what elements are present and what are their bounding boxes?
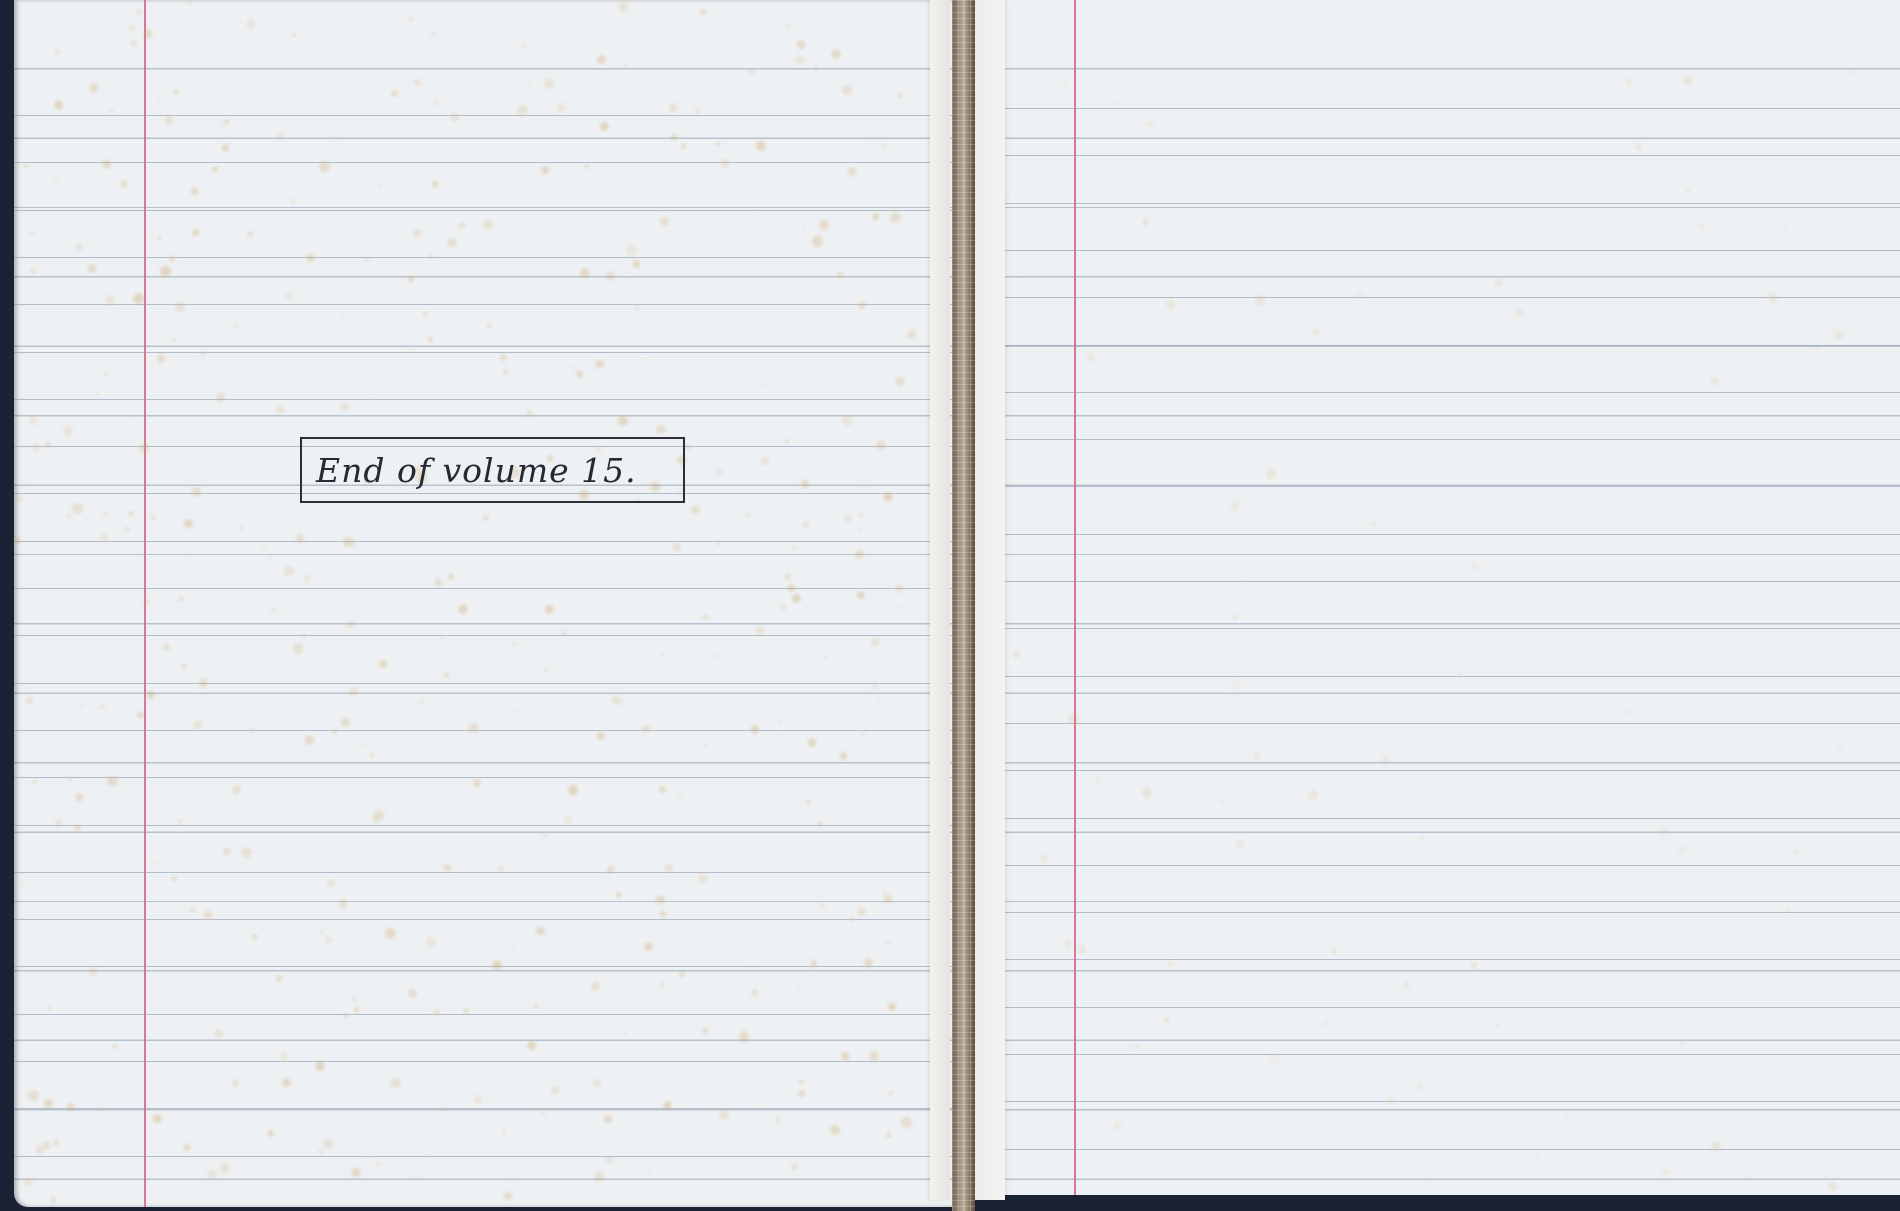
foxing-spot (409, 348, 413, 352)
foxing-spot (1685, 188, 1691, 194)
foxing-spot (178, 596, 184, 602)
foxing-spot (760, 456, 770, 466)
ruled-line (14, 399, 952, 400)
foxing-spot (756, 141, 766, 151)
foxing-spot (504, 1192, 512, 1200)
foxing-spot (888, 1091, 892, 1095)
foxing-spot (619, 2, 628, 11)
foxing-spot (16, 495, 22, 501)
foxing-spot (344, 1013, 349, 1018)
foxing-spot (751, 725, 759, 733)
foxing-spot (1012, 650, 1020, 658)
foxing-spot (806, 800, 811, 805)
foxing-spot (262, 546, 265, 549)
foxing-spot (63, 426, 73, 436)
foxing-spot (100, 533, 109, 542)
foxing-spot (635, 307, 639, 311)
foxing-spot (1134, 1044, 1140, 1050)
foxing-spot (542, 1112, 544, 1114)
foxing-spot (107, 776, 117, 786)
foxing-spot (67, 1103, 75, 1111)
foxing-spot (591, 981, 601, 991)
foxing-spot (876, 699, 880, 703)
foxing-spot (68, 777, 72, 781)
foxing-spot (333, 139, 335, 141)
ruled-line (975, 486, 1900, 487)
foxing-spot (1387, 1094, 1397, 1104)
foxing-spot (1403, 981, 1410, 988)
foxing-spot (618, 416, 628, 426)
foxing-spot (1494, 1023, 1498, 1027)
foxing-spot (857, 907, 866, 916)
foxing-spot (320, 931, 323, 934)
ruled-line (975, 1007, 1900, 1008)
foxing-spot (291, 198, 295, 202)
ruled-line (975, 297, 1900, 298)
left-page: End of volume 15. (14, 0, 952, 1207)
foxing-spot (246, 19, 255, 28)
foxing-spot (89, 968, 97, 976)
foxing-spot (131, 40, 137, 46)
foxing-spot (716, 468, 723, 475)
left-gutter-fold (930, 0, 950, 1200)
foxing-spot (414, 1175, 416, 1177)
foxing-spot (53, 1140, 59, 1146)
foxing-spot (671, 134, 676, 139)
foxing-spot (642, 725, 649, 732)
foxing-spot (890, 212, 901, 223)
foxing-spot (870, 689, 873, 692)
foxing-spot (538, 673, 541, 676)
foxing-spot (30, 231, 34, 235)
foxing-spot (607, 866, 614, 873)
foxing-spot (26, 697, 33, 704)
foxing-spot (429, 254, 434, 259)
ruled-line (975, 108, 1900, 109)
foxing-spot (516, 710, 519, 713)
foxing-spot (327, 879, 334, 886)
foxing-spot (1494, 279, 1502, 287)
ruled-line (975, 1149, 1900, 1150)
foxing-spot (169, 256, 175, 262)
foxing-spot (756, 627, 764, 635)
foxing-spot (255, 288, 257, 290)
foxing-spot (626, 245, 637, 256)
foxing-spot (408, 989, 417, 998)
foxing-spot (189, 906, 196, 913)
foxing-spot (105, 295, 115, 305)
foxing-spot (220, 1163, 229, 1172)
ruled-line (14, 1061, 952, 1062)
foxing-spot (1636, 144, 1642, 150)
foxing-spot (388, 126, 390, 128)
foxing-spot (844, 514, 852, 522)
foxing-spot (719, 1110, 730, 1121)
foxing-spot (432, 181, 438, 187)
foxing-spot (1768, 292, 1778, 302)
foxing-spot (325, 936, 332, 943)
foxing-spot (557, 103, 565, 111)
ruled-line (975, 345, 1900, 346)
foxing-spot (112, 1044, 116, 1048)
foxing-spot (262, 8, 265, 11)
foxing-spot (715, 655, 718, 658)
foxing-spot (1231, 681, 1238, 688)
foxing-spot (121, 180, 129, 188)
foxing-spot (128, 511, 134, 517)
foxing-spot (848, 167, 856, 175)
foxing-spot (666, 610, 669, 613)
foxing-spot (296, 534, 305, 543)
foxing-spot (659, 911, 666, 918)
foxing-spot (340, 403, 348, 411)
foxing-spot (633, 260, 641, 268)
ruled-line (14, 635, 952, 636)
foxing-spot (748, 69, 754, 75)
ruled-line (14, 1014, 952, 1015)
foxing-spot (1324, 1020, 1330, 1026)
foxing-spot (899, 605, 902, 608)
foxing-spot (659, 786, 666, 793)
foxing-spot (691, 506, 700, 515)
ruled-line (14, 352, 952, 353)
foxing-spot (178, 819, 183, 824)
foxing-spot (433, 99, 439, 105)
foxing-spot (1308, 790, 1318, 800)
foxing-spot (861, 488, 863, 490)
foxing-spot (293, 643, 304, 654)
ruled-line (975, 203, 1900, 204)
foxing-spot (385, 928, 396, 939)
foxing-spot (1313, 328, 1319, 334)
foxing-spot (764, 756, 766, 758)
foxing-spot (1371, 521, 1376, 526)
foxing-spot (898, 93, 903, 98)
foxing-spot (271, 608, 276, 613)
foxing-spot (435, 579, 441, 585)
foxing-spot (434, 1009, 440, 1015)
foxing-spot (1255, 295, 1265, 305)
foxing-spot (1331, 948, 1338, 955)
foxing-spot (517, 105, 528, 116)
foxing-spot (319, 161, 330, 172)
foxing-spot (813, 66, 818, 71)
foxing-spot (54, 49, 61, 56)
foxing-spot (346, 620, 355, 629)
foxing-spot (1783, 225, 1788, 230)
foxing-spot (624, 64, 627, 67)
foxing-spot (70, 545, 72, 547)
foxing-spot (895, 377, 904, 386)
foxing-spot (761, 1102, 763, 1104)
foxing-spot (31, 443, 40, 452)
foxing-spot (1732, 1068, 1738, 1074)
foxing-spot (44, 1099, 52, 1107)
ruled-line (14, 304, 952, 305)
foxing-spot (23, 164, 27, 168)
foxing-spot (468, 723, 478, 733)
foxing-spot (163, 644, 170, 651)
handwritten-note: End of volume 15. (316, 451, 637, 490)
foxing-spot (522, 43, 527, 48)
foxing-spot (1659, 826, 1668, 835)
foxing-spot (1711, 1141, 1721, 1151)
foxing-spot (268, 1130, 275, 1137)
foxing-spot (103, 512, 107, 516)
foxing-spot (102, 160, 111, 169)
foxing-spot (440, 636, 444, 640)
foxing-spot (502, 1130, 506, 1134)
foxing-spot (668, 1107, 670, 1109)
foxing-spot (812, 236, 823, 247)
foxing-spot (224, 119, 230, 125)
foxing-spot (81, 704, 83, 706)
right-gutter-fold (975, 0, 1005, 1200)
foxing-spot (352, 997, 356, 1001)
foxing-spot (1114, 1122, 1120, 1128)
foxing-spot (716, 541, 721, 546)
foxing-spot (247, 231, 253, 237)
foxing-spot (627, 271, 629, 273)
handwritten-note-box: End of volume 15. (300, 437, 685, 503)
foxing-spot (1146, 121, 1153, 128)
foxing-spot (207, 1169, 217, 1179)
foxing-spot (239, 20, 242, 23)
foxing-spot (458, 222, 466, 230)
foxing-spot (1662, 1169, 1669, 1176)
foxing-spot (276, 406, 285, 415)
ruled-line (975, 1101, 1900, 1102)
foxing-spot (1457, 671, 1462, 676)
foxing-spot (646, 358, 649, 361)
ruled-line (14, 588, 952, 589)
foxing-spot (96, 393, 98, 395)
foxing-spot (1699, 224, 1704, 229)
foxing-spot (378, 184, 382, 188)
ruled-line (975, 155, 1900, 156)
foxing-spot (512, 948, 514, 950)
foxing-spot (500, 333, 502, 335)
foxing-spot (483, 220, 492, 229)
foxing-spot (318, 1149, 323, 1154)
foxing-spot (72, 503, 82, 513)
foxing-spot (24, 1178, 33, 1187)
foxing-spot (584, 164, 589, 169)
ruled-line (14, 825, 952, 826)
foxing-spot (28, 1090, 39, 1101)
foxing-spot (857, 591, 865, 599)
foxing-spot (1142, 218, 1149, 225)
foxing-spot (778, 734, 781, 737)
foxing-spot (1266, 469, 1276, 479)
foxing-spot (42, 1141, 51, 1150)
foxing-spot (606, 272, 615, 281)
foxing-spot (1232, 614, 1238, 620)
foxing-spot (568, 785, 577, 794)
foxing-spot (883, 145, 885, 147)
foxing-spot (1815, 347, 1819, 351)
foxing-spot (840, 752, 847, 759)
foxing-spot (128, 25, 136, 33)
foxing-spot (534, 1004, 538, 1008)
foxing-spot (280, 1052, 289, 1061)
foxing-spot (234, 325, 237, 328)
foxing-spot (214, 1029, 223, 1038)
foxing-spot (275, 975, 282, 982)
ruled-line (14, 730, 952, 731)
foxing-spot (474, 1095, 483, 1104)
foxing-spot (787, 584, 795, 592)
foxing-spot (252, 934, 256, 938)
foxing-spot (1683, 76, 1692, 85)
foxing-spot (616, 892, 622, 898)
foxing-spot (1077, 944, 1086, 953)
foxing-spot (1355, 291, 1363, 299)
foxing-spot (656, 895, 665, 904)
foxing-spot (695, 107, 702, 114)
foxing-spot (372, 396, 374, 398)
ruled-line (975, 865, 1900, 866)
foxing-spot (31, 164, 33, 166)
foxing-spot (883, 890, 886, 893)
foxing-spot (147, 691, 155, 699)
ruled-line (975, 770, 1900, 771)
foxing-spot (545, 605, 553, 613)
ruled-line (14, 966, 952, 967)
foxing-spot (1202, 457, 1204, 459)
ruled-line (14, 210, 952, 211)
ruled-line (14, 919, 952, 920)
foxing-spot (1471, 962, 1477, 968)
foxing-spot (551, 1086, 559, 1094)
foxing-spot (414, 79, 421, 86)
foxing-spot (842, 85, 852, 95)
foxing-spot (858, 301, 866, 309)
foxing-spot (888, 1122, 890, 1124)
foxing-spot (784, 574, 790, 580)
foxing-spot (351, 542, 355, 546)
book-spine (952, 0, 975, 1211)
foxing-spot (88, 264, 96, 272)
foxing-spot (681, 144, 686, 149)
foxing-spot (428, 337, 433, 342)
foxing-spot (495, 1094, 498, 1097)
foxing-spot (831, 49, 841, 59)
foxing-spot (423, 311, 429, 317)
foxing-spot (791, 1163, 798, 1170)
foxing-spot (440, 1107, 443, 1110)
foxing-spot (1224, 404, 1227, 407)
foxing-spot (212, 166, 218, 172)
foxing-spot (349, 687, 358, 696)
foxing-spot (870, 637, 880, 647)
foxing-spot (137, 552, 140, 555)
ruled-line (975, 628, 1900, 629)
foxing-spot (277, 132, 284, 139)
foxing-spot (174, 90, 179, 95)
foxing-spot (305, 735, 314, 744)
ruled-line (14, 1156, 952, 1157)
foxing-spot (797, 40, 806, 49)
foxing-spot (605, 1156, 613, 1164)
foxing-spot (45, 442, 50, 447)
foxing-spot (54, 100, 63, 109)
foxing-spot (443, 864, 450, 871)
ruled-line (14, 683, 952, 684)
foxing-spot (1113, 102, 1116, 105)
ruled-line (975, 676, 1900, 677)
ruled-line (14, 872, 952, 873)
ruled-line (14, 257, 952, 258)
ruled-line (975, 534, 1900, 535)
foxing-spot (1834, 330, 1843, 339)
foxing-spot (284, 566, 294, 576)
foxing-spot (137, 712, 143, 718)
foxing-spot (348, 1028, 351, 1031)
foxing-spot (739, 1031, 750, 1042)
foxing-spot (799, 1080, 803, 1084)
foxing-spot (463, 1008, 469, 1014)
foxing-spot (379, 660, 387, 668)
foxing-spot (354, 1007, 359, 1012)
foxing-spot (1006, 194, 1010, 198)
foxing-spot (786, 25, 790, 29)
foxing-spot (527, 1041, 536, 1050)
foxing-spot (700, 9, 706, 15)
foxing-spot (698, 873, 708, 883)
ruled-line (975, 581, 1900, 582)
foxing-spot (447, 238, 457, 248)
foxing-spot (803, 226, 805, 228)
foxing-spot (315, 1061, 325, 1071)
foxing-spot (1166, 299, 1175, 308)
foxing-spot (855, 550, 863, 558)
foxing-spot (157, 354, 165, 362)
foxing-spot (361, 743, 365, 747)
ruled-line (975, 723, 1900, 724)
left-page-ruled-lines (14, 0, 952, 1207)
ruled-line (975, 912, 1900, 913)
foxing-spot (391, 90, 398, 97)
ruled-line (975, 392, 1900, 393)
foxing-spot (175, 302, 185, 312)
foxing-spot (1236, 840, 1245, 849)
foxing-spot (704, 743, 707, 746)
foxing-spot (685, 444, 691, 450)
foxing-spot (842, 416, 852, 426)
ruled-line (14, 1108, 952, 1109)
foxing-spot (1678, 845, 1686, 853)
foxing-spot (1418, 21, 1422, 25)
foxing-spot (50, 1197, 56, 1203)
foxing-spot (323, 1138, 334, 1149)
ruled-line (14, 162, 952, 163)
ruled-line (14, 115, 952, 116)
foxing-spot (796, 56, 804, 64)
foxing-spot (1019, 270, 1023, 274)
foxing-spot (536, 927, 545, 936)
foxing-spot (158, 101, 160, 103)
foxing-spot (527, 84, 530, 87)
spine-binding-mesh (952, 0, 975, 1211)
foxing-spot (1562, 86, 1567, 91)
foxing-spot (780, 605, 785, 610)
right-page-ruled-lines (975, 0, 1900, 1195)
foxing-spot (1065, 940, 1072, 947)
right-page (975, 0, 1900, 1195)
foxing-spot (1710, 377, 1719, 386)
foxing-spot (679, 972, 684, 977)
